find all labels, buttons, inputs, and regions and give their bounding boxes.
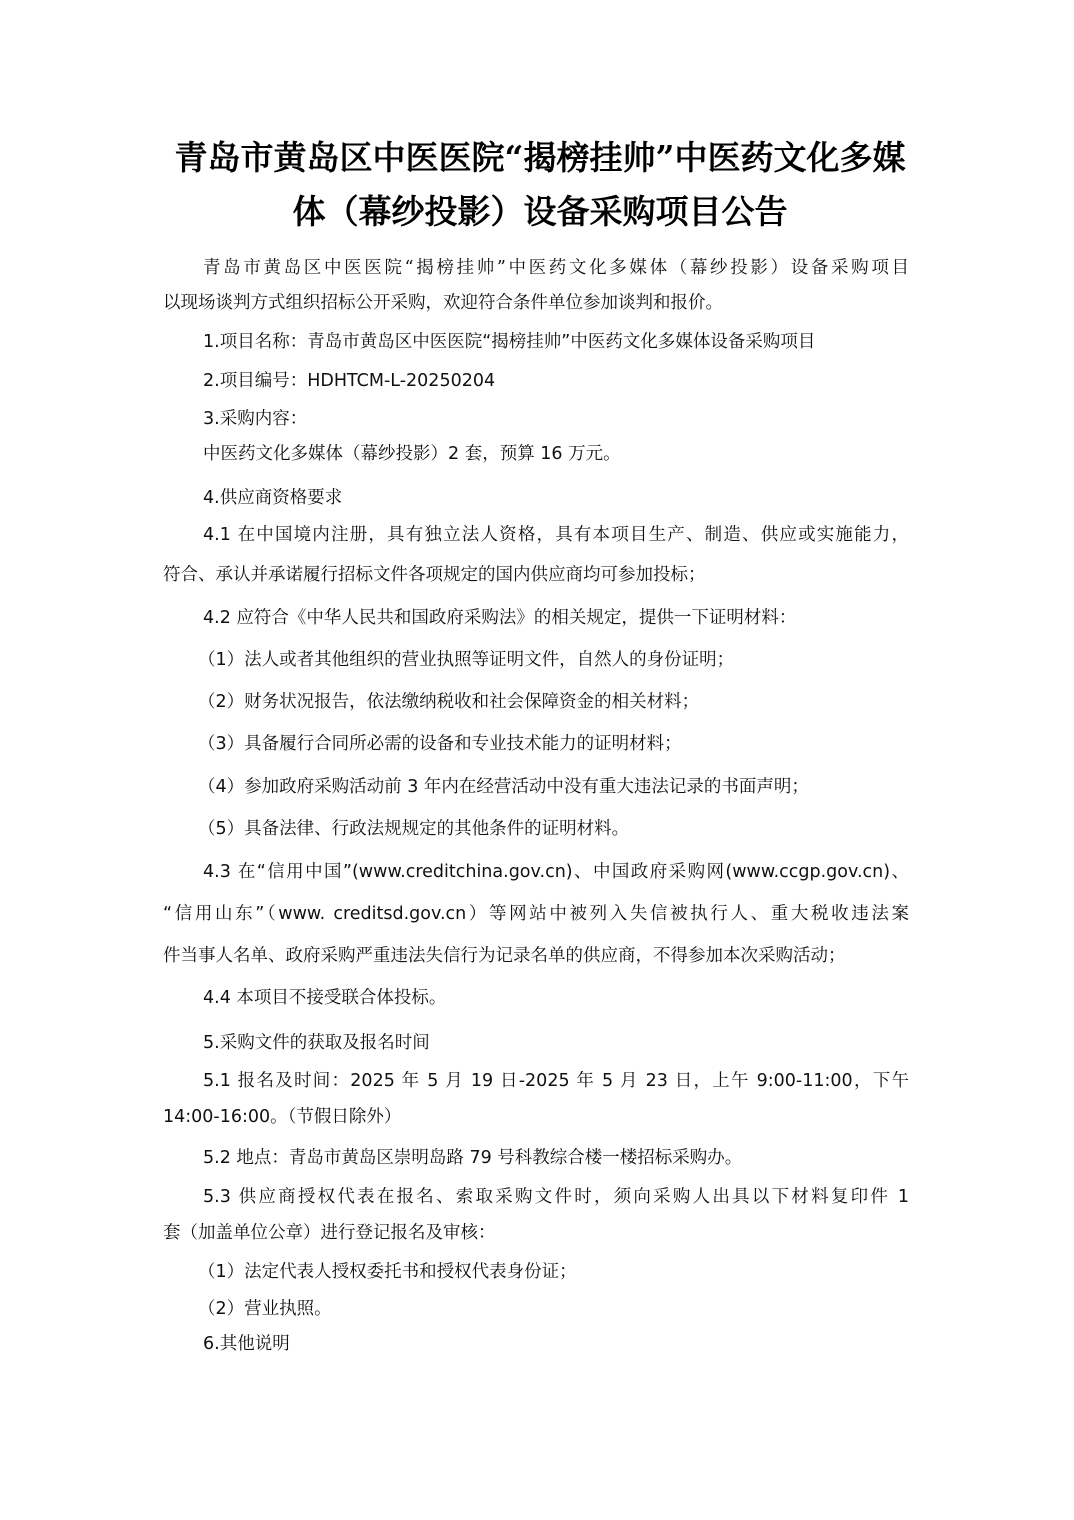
intro-line-2: 以现场谈判方式组织招标公开采购，欢迎符合条件单位参加谈判和报价。 <box>163 292 723 314</box>
item-5-1-line-2: 14:00-16:00。（节假日除外） <box>163 1106 401 1128</box>
item-5-3-line-2: 套（加盖单位公章）进行登记报名及审核： <box>163 1222 496 1244</box>
item-4-3-line-2: “信用山东”（www. creditsd.gov.cn）等网站中被列入失信被执行… <box>163 903 909 925</box>
item-purchase-content: 中医药文化多媒体（幕纱投影）2 套，预算 16 万元。 <box>203 443 621 465</box>
item-4-2-list-3: （3）具备履行合同所必需的设备和专业技术能力的证明材料； <box>198 733 682 755</box>
item-5-3-list-2: （2）营业执照。 <box>198 1298 332 1320</box>
document-title-line-2: 体（幕纱投影）设备采购项目公告 <box>150 195 930 229</box>
item-4-1-line-1: 4.1 在中国境内注册，具有独立法人资格，具有本项目生产、制造、供应或实施能力， <box>203 524 909 546</box>
item-4-2-list-5: （5）具备法律、行政法规规定的其他条件的证明材料。 <box>198 818 629 840</box>
item-4-3-line-3: 件当事人名单、政府采购严重违法失信行为记录名单的供应商，不得参加本次采购活动； <box>163 945 846 967</box>
item-5-2: 5.2 地点：青岛市黄岛区崇明岛路 79 号科教综合楼一楼招标采购办。 <box>203 1147 742 1169</box>
document-title-line-1: 青岛市黄岛区中医医院“揭榜挂帅”中医药文化多媒 <box>150 141 930 175</box>
document-page: 青岛市黄岛区中医医院“揭榜挂帅”中医药文化多媒 体（幕纱投影）设备采购项目公告 … <box>0 0 1074 1520</box>
item-supplier-requirements-heading: 4.供应商资格要求 <box>203 487 342 509</box>
item-5-heading: 5.采购文件的获取及报名时间 <box>203 1032 430 1054</box>
item-purchase-content-heading: 3.采购内容： <box>203 408 307 430</box>
item-4-2-list-4: （4）参加政府采购活动前 3 年内在经营活动中没有重大违法记录的书面声明； <box>198 776 809 798</box>
item-5-1-line-1: 5.1 报名及时间：2025 年 5 月 19 日-2025 年 5 月 23 … <box>203 1070 909 1092</box>
item-5-3-list-1: （1）法定代表人授权委托书和授权代表身份证； <box>198 1261 577 1283</box>
item-4-4: 4.4 本项目不接受联合体投标。 <box>203 987 446 1009</box>
item-4-1-line-2: 符合、承认并承诺履行招标文件各项规定的国内供应商均可参加投标； <box>163 564 706 586</box>
item-6-heading: 6.其他说明 <box>203 1333 290 1355</box>
item-4-2: 4.2 应符合《中华人民共和国政府采购法》的相关规定，提供一下证明材料： <box>203 607 796 629</box>
item-4-3-line-1: 4.3 在“信用中国”(www.creditchina.gov.cn)、中国政府… <box>203 861 909 883</box>
item-project-number: 2.项目编号：HDHTCM-L-20250204 <box>203 370 495 392</box>
item-project-name: 1.项目名称：青岛市黄岛区中医医院“揭榜挂帅”中医药文化多媒体设备采购项目 <box>203 331 815 353</box>
item-4-2-list-1: （1）法人或者其他组织的营业执照等证明文件，自然人的身份证明； <box>198 649 734 671</box>
intro-line-1: 青岛市黄岛区中医医院“揭榜挂帅”中医药文化多媒体（幕纱投影）设备采购项目 <box>203 257 909 279</box>
item-5-3-line-1: 5.3 供应商授权代表在报名、索取采购文件时，须向采购人出具以下材料复印件 1 <box>203 1186 909 1208</box>
item-4-2-list-2: （2）财务状况报告，依法缴纳税收和社会保障资金的相关材料； <box>198 691 699 713</box>
